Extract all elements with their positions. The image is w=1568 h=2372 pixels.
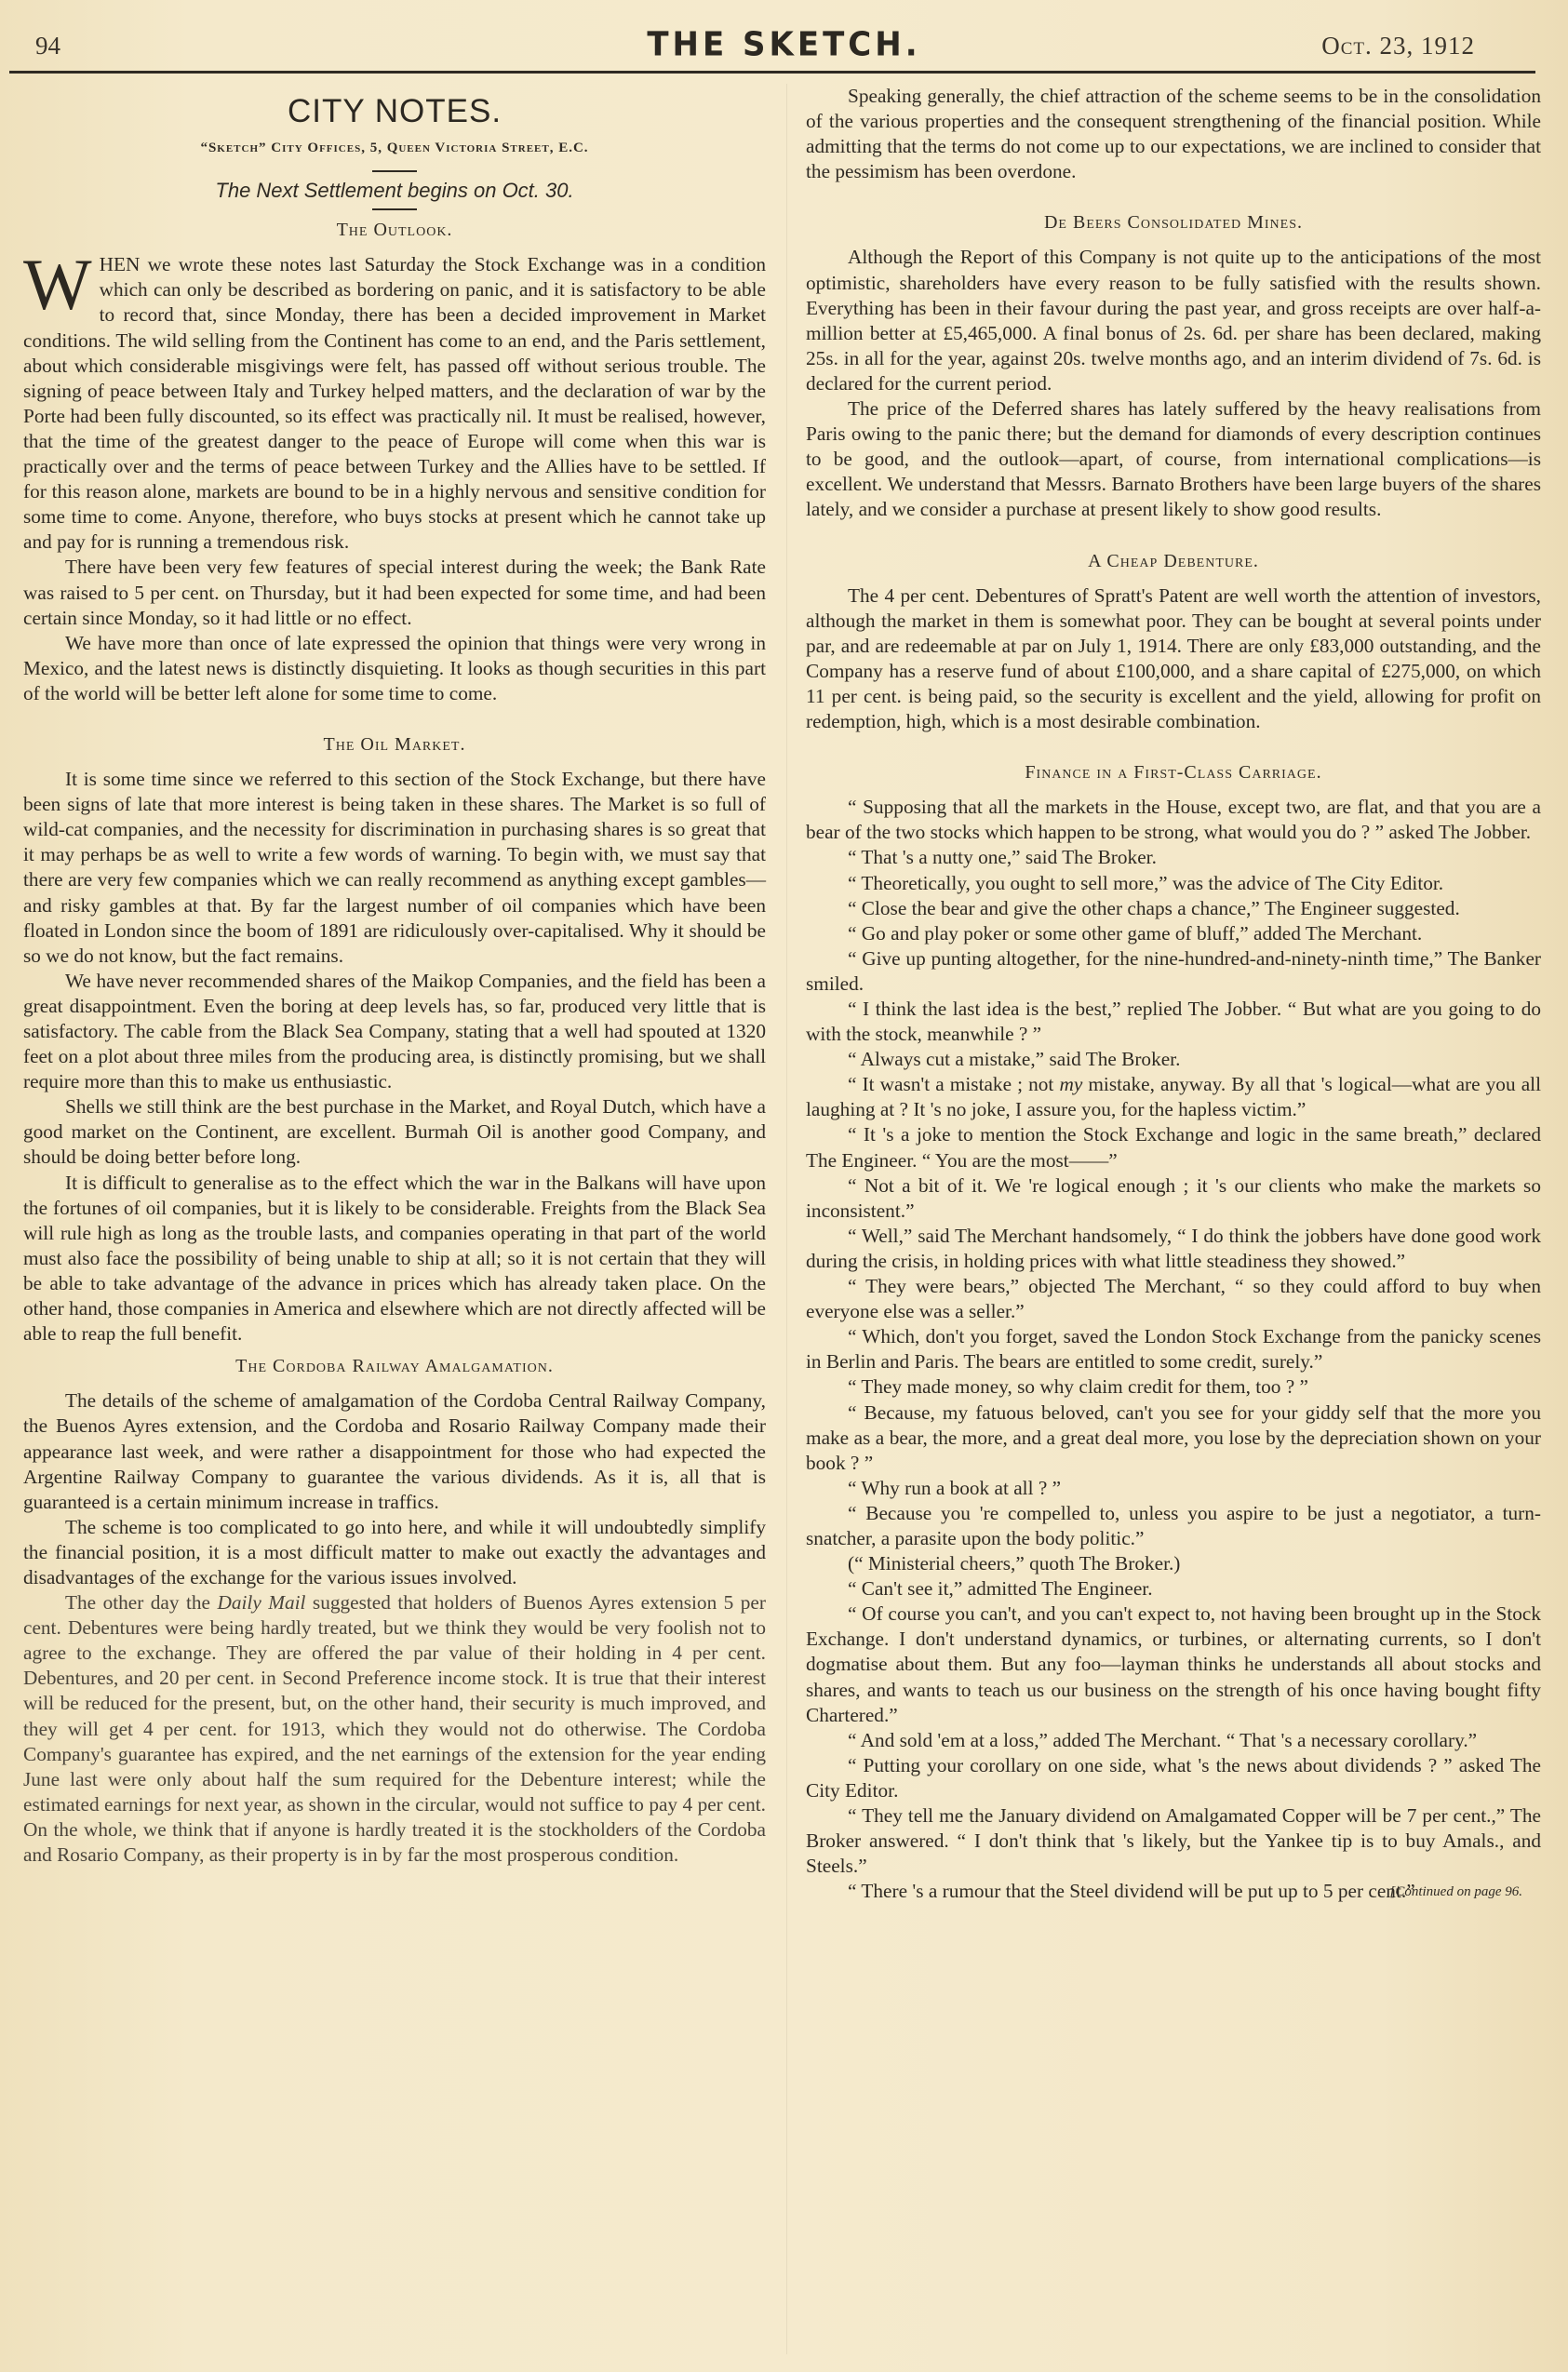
office-address: “Sketch” City Offices, 5, Queen Victoria… bbox=[23, 136, 766, 161]
paragraph: The 4 per cent. Debentures of Spratt's P… bbox=[806, 583, 1541, 735]
dialogue-paragraph: “ They were bears,” objected The Merchan… bbox=[806, 1274, 1541, 1324]
dialogue-paragraph: “ That 's a nutty one,” said The Broker. bbox=[806, 845, 1541, 870]
dialogue-paragraph: “ Theoretically, you ought to sell more,… bbox=[806, 871, 1541, 896]
dialogue-paragraph: “ Putting your corollary on one side, wh… bbox=[806, 1753, 1541, 1803]
dialogue-paragraph: “ Close the bear and give the other chap… bbox=[806, 896, 1541, 921]
dialogue-paragraph: “ Go and play poker or some other game o… bbox=[806, 921, 1541, 946]
masthead: 94 THE SKETCH. Oct. 23, 1912 bbox=[0, 0, 1568, 73]
paragraph: Speaking generally, the chief attraction… bbox=[806, 84, 1541, 184]
publication-name: Daily Mail bbox=[217, 1591, 305, 1614]
divider-rule bbox=[372, 208, 417, 210]
paragraph: We have never recommended shares of the … bbox=[23, 969, 766, 1094]
dialogue-paragraph: “ Not a bit of it. We 're logical enough… bbox=[806, 1173, 1541, 1224]
section-heading-cheap-debenture: A Cheap Debenture. bbox=[806, 549, 1541, 574]
dialogue-paragraph: “ Which, don't you forget, saved the Lon… bbox=[806, 1324, 1541, 1374]
paragraph: It is difficult to generalise as to the … bbox=[23, 1171, 766, 1347]
dialogue-paragraph: “ It 's a joke to mention the Stock Exch… bbox=[806, 1122, 1541, 1173]
section-heading-oil-market: The Oil Market. bbox=[23, 732, 766, 757]
section-heading-de-beers: De Beers Consolidated Mines. bbox=[806, 210, 1541, 235]
dialogue-paragraph: “ And sold 'em at a loss,” added The Mer… bbox=[806, 1728, 1541, 1753]
emphasis: my bbox=[1059, 1073, 1082, 1095]
dialogue-part-1: “ Supposing that all the markets in the … bbox=[806, 795, 1541, 1072]
dialogue-paragraph: “ Why run a book at all ? ” bbox=[806, 1476, 1541, 1501]
dialogue-paragraph: “ Can't see it,” admitted The Engineer. bbox=[806, 1576, 1541, 1601]
right-column: Speaking generally, the chief attraction… bbox=[806, 84, 1541, 1905]
paragraph: Although the Report of this Company is n… bbox=[806, 245, 1541, 396]
divider-rule bbox=[372, 170, 417, 172]
settlement-notice: The Next Settlement begins on Oct. 30. bbox=[23, 178, 766, 203]
article-title: CITY NOTES. bbox=[23, 93, 766, 130]
paragraph: WHEN we wrote these notes last Saturday … bbox=[23, 252, 766, 555]
magazine-page: 94 THE SKETCH. Oct. 23, 1912 CITY NOTES.… bbox=[0, 0, 1568, 2372]
dialogue-part-2: “ It 's a joke to mention the Stock Exch… bbox=[806, 1122, 1541, 1904]
paragraph: It is some time since we referred to thi… bbox=[23, 767, 766, 969]
section-heading-cordoba: The Cordoba Railway Amalgamation. bbox=[23, 1354, 766, 1379]
section-heading-outlook: The Outlook. bbox=[23, 218, 766, 243]
paragraph: We have more than once of late expressed… bbox=[23, 631, 766, 706]
dialogue-paragraph: “ Because, my fatuous beloved, can't you… bbox=[806, 1400, 1541, 1476]
dialogue-paragraph: “ I think the last idea is the best,” re… bbox=[806, 997, 1541, 1047]
paragraph: The price of the Deferred shares has lat… bbox=[806, 396, 1541, 522]
dialogue-paragraph: (“ Ministerial cheers,” quoth The Broker… bbox=[806, 1551, 1541, 1576]
dialogue-paragraph: “ Because you 're compelled to, unless y… bbox=[806, 1501, 1541, 1551]
paragraph-daily-mail: The other day the Daily Mail suggested t… bbox=[23, 1590, 766, 1868]
paragraph: The scheme is too complicated to go into… bbox=[23, 1515, 766, 1590]
header-rule bbox=[9, 71, 1535, 74]
paragraph: The details of the scheme of amalgamatio… bbox=[23, 1388, 766, 1514]
issue-date: Oct. 23, 1912 bbox=[1321, 32, 1475, 60]
paragraph: “ It wasn't a mistake ; not my mistake, … bbox=[806, 1072, 1541, 1122]
column-gutter bbox=[786, 84, 787, 2354]
dialogue-paragraph: “ They tell me the January dividend on A… bbox=[806, 1803, 1541, 1879]
dialogue-paragraph: “ They made money, so why claim credit f… bbox=[806, 1374, 1541, 1400]
dialogue-paragraph: “ Supposing that all the markets in the … bbox=[806, 795, 1541, 845]
left-column: CITY NOTES. “Sketch” City Offices, 5, Qu… bbox=[23, 89, 766, 1868]
dialogue-paragraph: “ Well,” said The Merchant handsomely, “… bbox=[806, 1224, 1541, 1274]
drop-cap: W bbox=[23, 256, 92, 314]
dialogue-paragraph: “ Give up punting altogether, for the ni… bbox=[806, 946, 1541, 997]
dialogue-paragraph: “ Always cut a mistake,” said The Broker… bbox=[806, 1047, 1541, 1072]
paragraph: There have been very few features of spe… bbox=[23, 555, 766, 630]
dialogue-paragraph: “ Of course you can't, and you can't exp… bbox=[806, 1601, 1541, 1727]
paragraph: Shells we still think are the best purch… bbox=[23, 1094, 766, 1170]
section-heading-finance-carriage: Finance in a First-Class Carriage. bbox=[806, 760, 1541, 785]
